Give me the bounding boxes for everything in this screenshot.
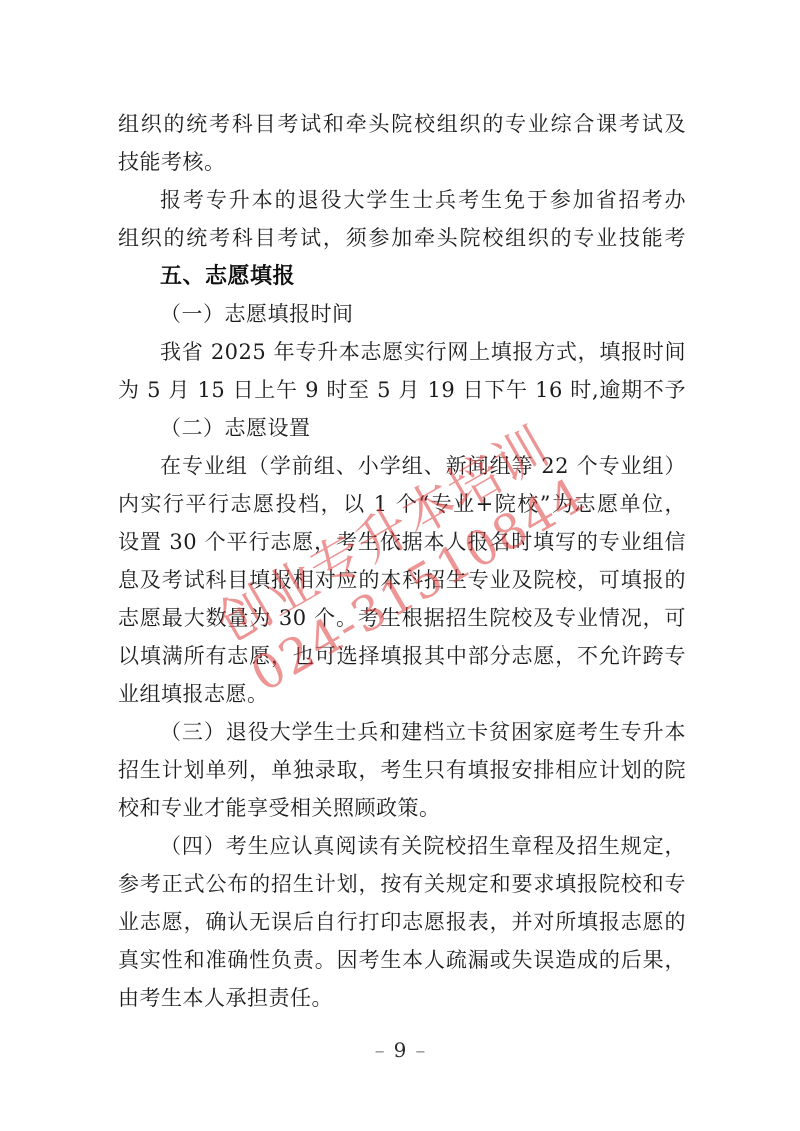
page-footer: –9– [0, 1038, 800, 1062]
text-line: 组织的统考科目考试和牵头院校组织的专业综合课考试及 [118, 105, 686, 143]
text-line: 在专业组（学前组、小学组、新闻组等 22 个专业组） [118, 447, 686, 485]
text-line: 参考正式公布的招生计划，按有关规定和要求填报院校和专 [118, 865, 686, 903]
text-line: （四）考生应认真阅读有关院校招生章程及招生规定， [118, 827, 686, 865]
text-line: 真实性和准确性负责。因考生本人疏漏或失误造成的后果， [118, 941, 686, 979]
text-line: 设置 30 个平行志愿，考生依据本人报名时填写的专业组信 [118, 523, 686, 561]
text-line: 息及考试科目填报相对应的本科招生专业及院校，可填报的 [118, 561, 686, 599]
text-line: （一）志愿填报时间 [118, 295, 686, 333]
text-line: 招生计划单列，单独录取，考生只有填报安排相应计划的院 [118, 751, 686, 789]
footer-left-dash: – [375, 1038, 385, 1062]
document-page: 组织的统考科目考试和牵头院校组织的专业综合课考试及技能考核。报考专升本的退役大学… [0, 0, 800, 1131]
page-number: 9 [394, 1038, 407, 1062]
text-line: 由考生本人承担责任。 [118, 979, 686, 1017]
text-line: 业组填报志愿。 [118, 675, 686, 713]
text-line: 业志愿，确认无误后自行打印志愿报表，并对所填报志愿的 [118, 903, 686, 941]
text-line: 技能考核。 [118, 143, 686, 181]
text-line: 内实行平行志愿投档，以 1 个“专业+院校”为志愿单位， [118, 485, 686, 523]
text-line: （二）志愿设置 [118, 409, 686, 447]
document-body: 组织的统考科目考试和牵头院校组织的专业综合课考试及技能考核。报考专升本的退役大学… [118, 105, 686, 1017]
text-line: 我省 2025 年专升本志愿实行网上填报方式，填报时间 [118, 333, 686, 371]
text-line: 校和专业才能享受相关照顾政策。 [118, 789, 686, 827]
text-line: 以填满所有志愿，也可选择填报其中部分志愿，不允许跨专 [118, 637, 686, 675]
text-line: 志愿最大数量为 30 个。考生根据招生院校及专业情况，可 [118, 599, 686, 637]
text-line: 组织的统考科目考试，须参加牵头院校组织的专业技能考核。 [118, 219, 686, 257]
section-heading: 五、志愿填报 [118, 257, 686, 295]
text-line: （三）退役大学生士兵和建档立卡贫困家庭考生专升本 [118, 713, 686, 751]
text-line: 为 5 月 15 日上午 9 时至 5 月 19 日下午 16 时,逾期不予受理… [118, 371, 686, 409]
text-line: 报考专升本的退役大学生士兵考生免于参加省招考办 [118, 181, 686, 219]
footer-right-dash: – [415, 1038, 425, 1062]
